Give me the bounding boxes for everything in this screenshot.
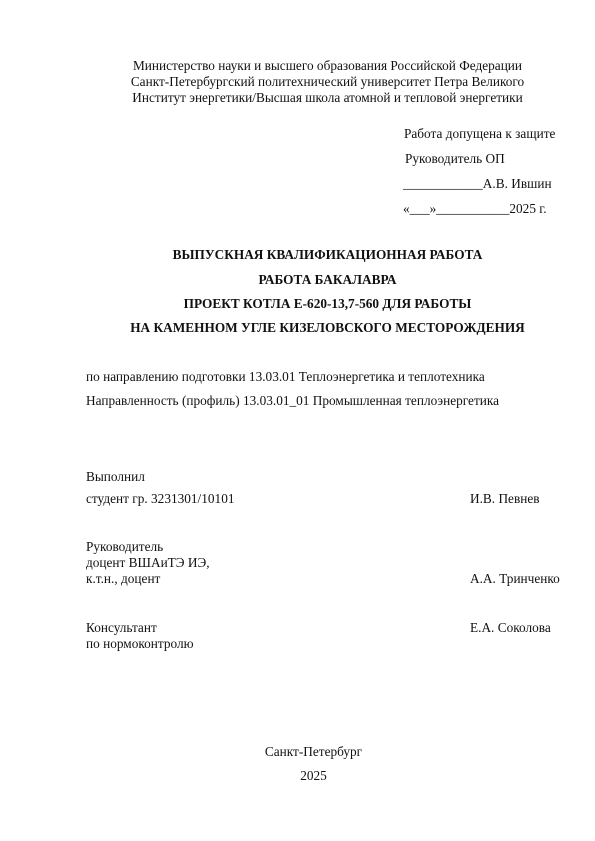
title-line-degree: РАБОТА БАКАЛАВРА [30, 272, 595, 288]
footer-year: 2025 [16, 768, 595, 784]
supervisor-position-2: к.т.н., доцент [86, 571, 160, 587]
supervisor-name: А.А. Тринченко [470, 571, 560, 587]
approval-head-title: Руководитель ОП [405, 151, 505, 167]
title-line-topic-2: НА КАМЕННОМ УГЛЕ КИЗЕЛОВСКОГО МЕСТОРОЖДЕ… [30, 320, 595, 336]
title-line-topic-1: ПРОЕКТ КОТЛА Е-620-13,7-560 ДЛЯ РАБОТЫ [30, 296, 595, 312]
approval-signature-line: ____________А.В. Ившин [403, 176, 552, 192]
performer-role: Выполнил [86, 469, 145, 485]
university-line: Санкт-Петербургский политехнический унив… [30, 74, 595, 90]
supervisor-position-1: доцент ВШАиТЭ ИЭ, [86, 555, 210, 571]
footer-city: Санкт-Петербург [16, 744, 595, 760]
approval-date-line: «___»___________2025 г. [403, 201, 547, 217]
program-profile: Направленность (профиль) 13.03.01_01 Про… [86, 393, 499, 409]
performer-position: студент гр. 3231301/10101 [86, 491, 235, 507]
consultant-position: по нормоконтролю [86, 636, 194, 652]
supervisor-role: Руководитель [86, 539, 163, 555]
performer-name: И.В. Певнев [470, 491, 540, 507]
program-direction: по направлению подготовки 13.03.01 Тепло… [86, 369, 485, 385]
approval-admitted: Работа допущена к защите [404, 126, 555, 142]
title-line-work-type: ВЫПУСКНАЯ КВАЛИФИКАЦИОННАЯ РАБОТА [30, 247, 595, 263]
consultant-name: Е.А. Соколова [470, 620, 551, 636]
institute-line: Институт энергетики/Высшая школа атомной… [30, 90, 595, 106]
consultant-role: Консультант [86, 620, 157, 636]
ministry-line: Министерство науки и высшего образования… [30, 58, 595, 74]
